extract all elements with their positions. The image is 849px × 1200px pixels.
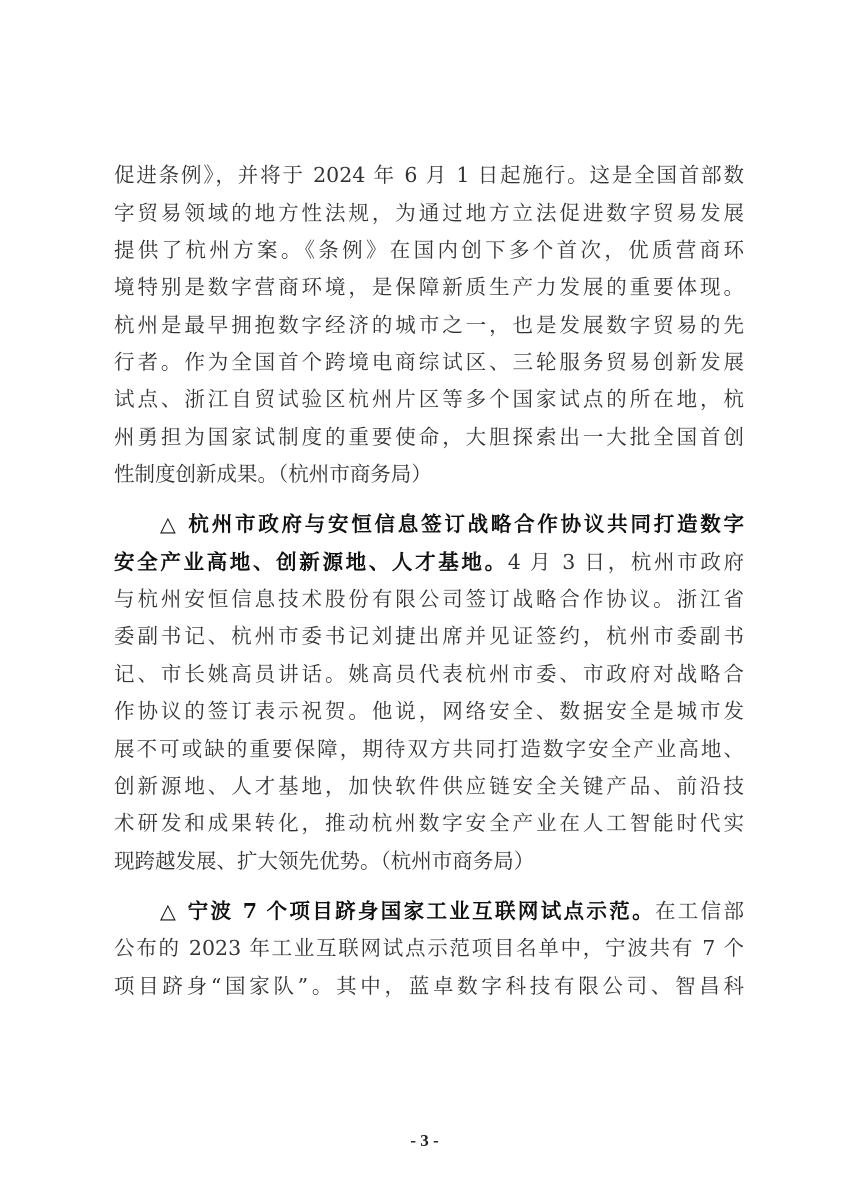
text-line: 境特别是数字营商环境，是保障新质生产力发展的重要体现。 <box>114 272 744 302</box>
body-text: 性制度创新成果。（杭州市商务局） <box>114 462 432 486</box>
body-text: 提供了杭州方案。《条例》在国内创下多个首次，优质营商环 <box>114 238 744 262</box>
body-text: 公布的 2023 年工业互联网试点示范项目名单中，宁波共有 7 个 <box>114 936 744 960</box>
text-line: 展不可或缺的重要保障，期待双方共同打造数字安全产业高地、 <box>114 734 744 764</box>
text-line: 项目跻身“国家队”。其中，蓝卓数字科技有限公司、智昌科 <box>114 971 744 1001</box>
body-text: 试点、浙江自贸试验区杭州片区等多个国家试点的所在地，杭 <box>114 387 744 411</box>
text-line: 公布的 2023 年工业互联网试点示范项目名单中，宁波共有 7 个 <box>114 933 744 963</box>
body-text: 记、市长姚高员讲话。姚高员代表杭州市委、市政府对战略合 <box>114 662 744 686</box>
body-text: 委副书记、杭州市委书记刘捷出席并见证签约，杭州市委副书 <box>114 624 744 648</box>
text-line: 作协议的签订表示祝贺。他说，网络安全、数据安全是城市发 <box>114 696 744 726</box>
body-text: 促进条例》，并将于 2024 年 6 月 1 日起施行。这是全国首部数 <box>114 163 744 187</box>
text-line: 字贸易领域的地方性法规，为通过地方立法促进数字贸易发展 <box>114 198 744 228</box>
body-text: 杭州是最早拥抱数字经济的城市之一，也是发展数字贸易的先 <box>114 313 744 337</box>
body-text: 行者。作为全国首个跨境电商综试区、三轮服务贸易创新发展 <box>114 350 744 374</box>
body-text: 字贸易领域的地方性法规，为通过地方立法促进数字贸易发展 <box>114 201 744 225</box>
body-text: 与杭州安恒信息技术股份有限公司签订战略合作协议。浙江省 <box>114 587 744 611</box>
text-line: 杭州是最早拥抱数字经济的城市之一，也是发展数字贸易的先 <box>114 310 744 340</box>
body-text: 创新源地、人才基地，加快软件供应链安全关键产品、前沿技 <box>114 774 744 798</box>
body-text: 4 月 3 日，杭州市政府 <box>508 550 744 574</box>
text-line: 性制度创新成果。（杭州市商务局） <box>114 459 744 489</box>
body-text: 展不可或缺的重要保障，期待双方共同打造数字安全产业高地、 <box>114 737 744 761</box>
text-line: △ 宁波 7 个项目跻身国家工业互联网试点示范。在工信部 <box>160 896 744 926</box>
document-page: 促进条例》，并将于 2024 年 6 月 1 日起施行。这是全国首部数字贸易领域… <box>0 0 849 1200</box>
body-text: 项目跻身“国家队”。其中，蓝卓数字科技有限公司、智昌科 <box>114 974 744 998</box>
text-line: 促进条例》，并将于 2024 年 6 月 1 日起施行。这是全国首部数 <box>114 160 744 190</box>
body-text: 作协议的签订表示祝贺。他说，网络安全、数据安全是城市发 <box>114 699 744 723</box>
text-line: △ 杭州市政府与安恒信息签订战略合作协议共同打造数字 <box>160 509 744 539</box>
text-line: 术研发和成果转化，推动杭州数字安全产业在人工智能时代实 <box>114 808 744 838</box>
text-line: 与杭州安恒信息技术股份有限公司签订战略合作协议。浙江省 <box>114 584 744 614</box>
text-line: 安全产业高地、创新源地、人才基地。4 月 3 日，杭州市政府 <box>114 547 744 577</box>
headline-text: △ 宁波 7 个项目跻身国家工业互联网试点示范。 <box>160 899 655 923</box>
text-line: 记、市长姚高员讲话。姚高员代表杭州市委、市政府对战略合 <box>114 659 744 689</box>
text-line: 州勇担为国家试制度的重要使命，大胆探索出一大批全国首创 <box>114 422 744 452</box>
text-line: 创新源地、人才基地，加快软件供应链安全关键产品、前沿技 <box>114 771 744 801</box>
body-text: 州勇担为国家试制度的重要使命，大胆探索出一大批全国首创 <box>114 425 744 449</box>
headline-text: 安全产业高地、创新源地、人才基地。 <box>114 550 508 574</box>
text-line: 提供了杭州方案。《条例》在国内创下多个首次，优质营商环 <box>114 235 744 265</box>
page-number: - 3 - <box>0 1131 849 1151</box>
text-line: 试点、浙江自贸试验区杭州片区等多个国家试点的所在地，杭 <box>114 384 744 414</box>
text-line: 委副书记、杭州市委书记刘捷出席并见证签约，杭州市委副书 <box>114 621 744 651</box>
body-text: 境特别是数字营商环境，是保障新质生产力发展的重要体现。 <box>114 275 744 299</box>
text-line: 现跨越发展、扩大领先优势。（杭州市商务局） <box>114 846 744 876</box>
text-line: 行者。作为全国首个跨境电商综试区、三轮服务贸易创新发展 <box>114 347 744 377</box>
body-text: 现跨越发展、扩大领先优势。（杭州市商务局） <box>114 849 534 873</box>
body-text: 术研发和成果转化，推动杭州数字安全产业在人工智能时代实 <box>114 811 744 835</box>
headline-text: △ 杭州市政府与安恒信息签订战略合作协议共同打造数字 <box>160 512 744 536</box>
body-text: 在工信部 <box>655 899 744 923</box>
